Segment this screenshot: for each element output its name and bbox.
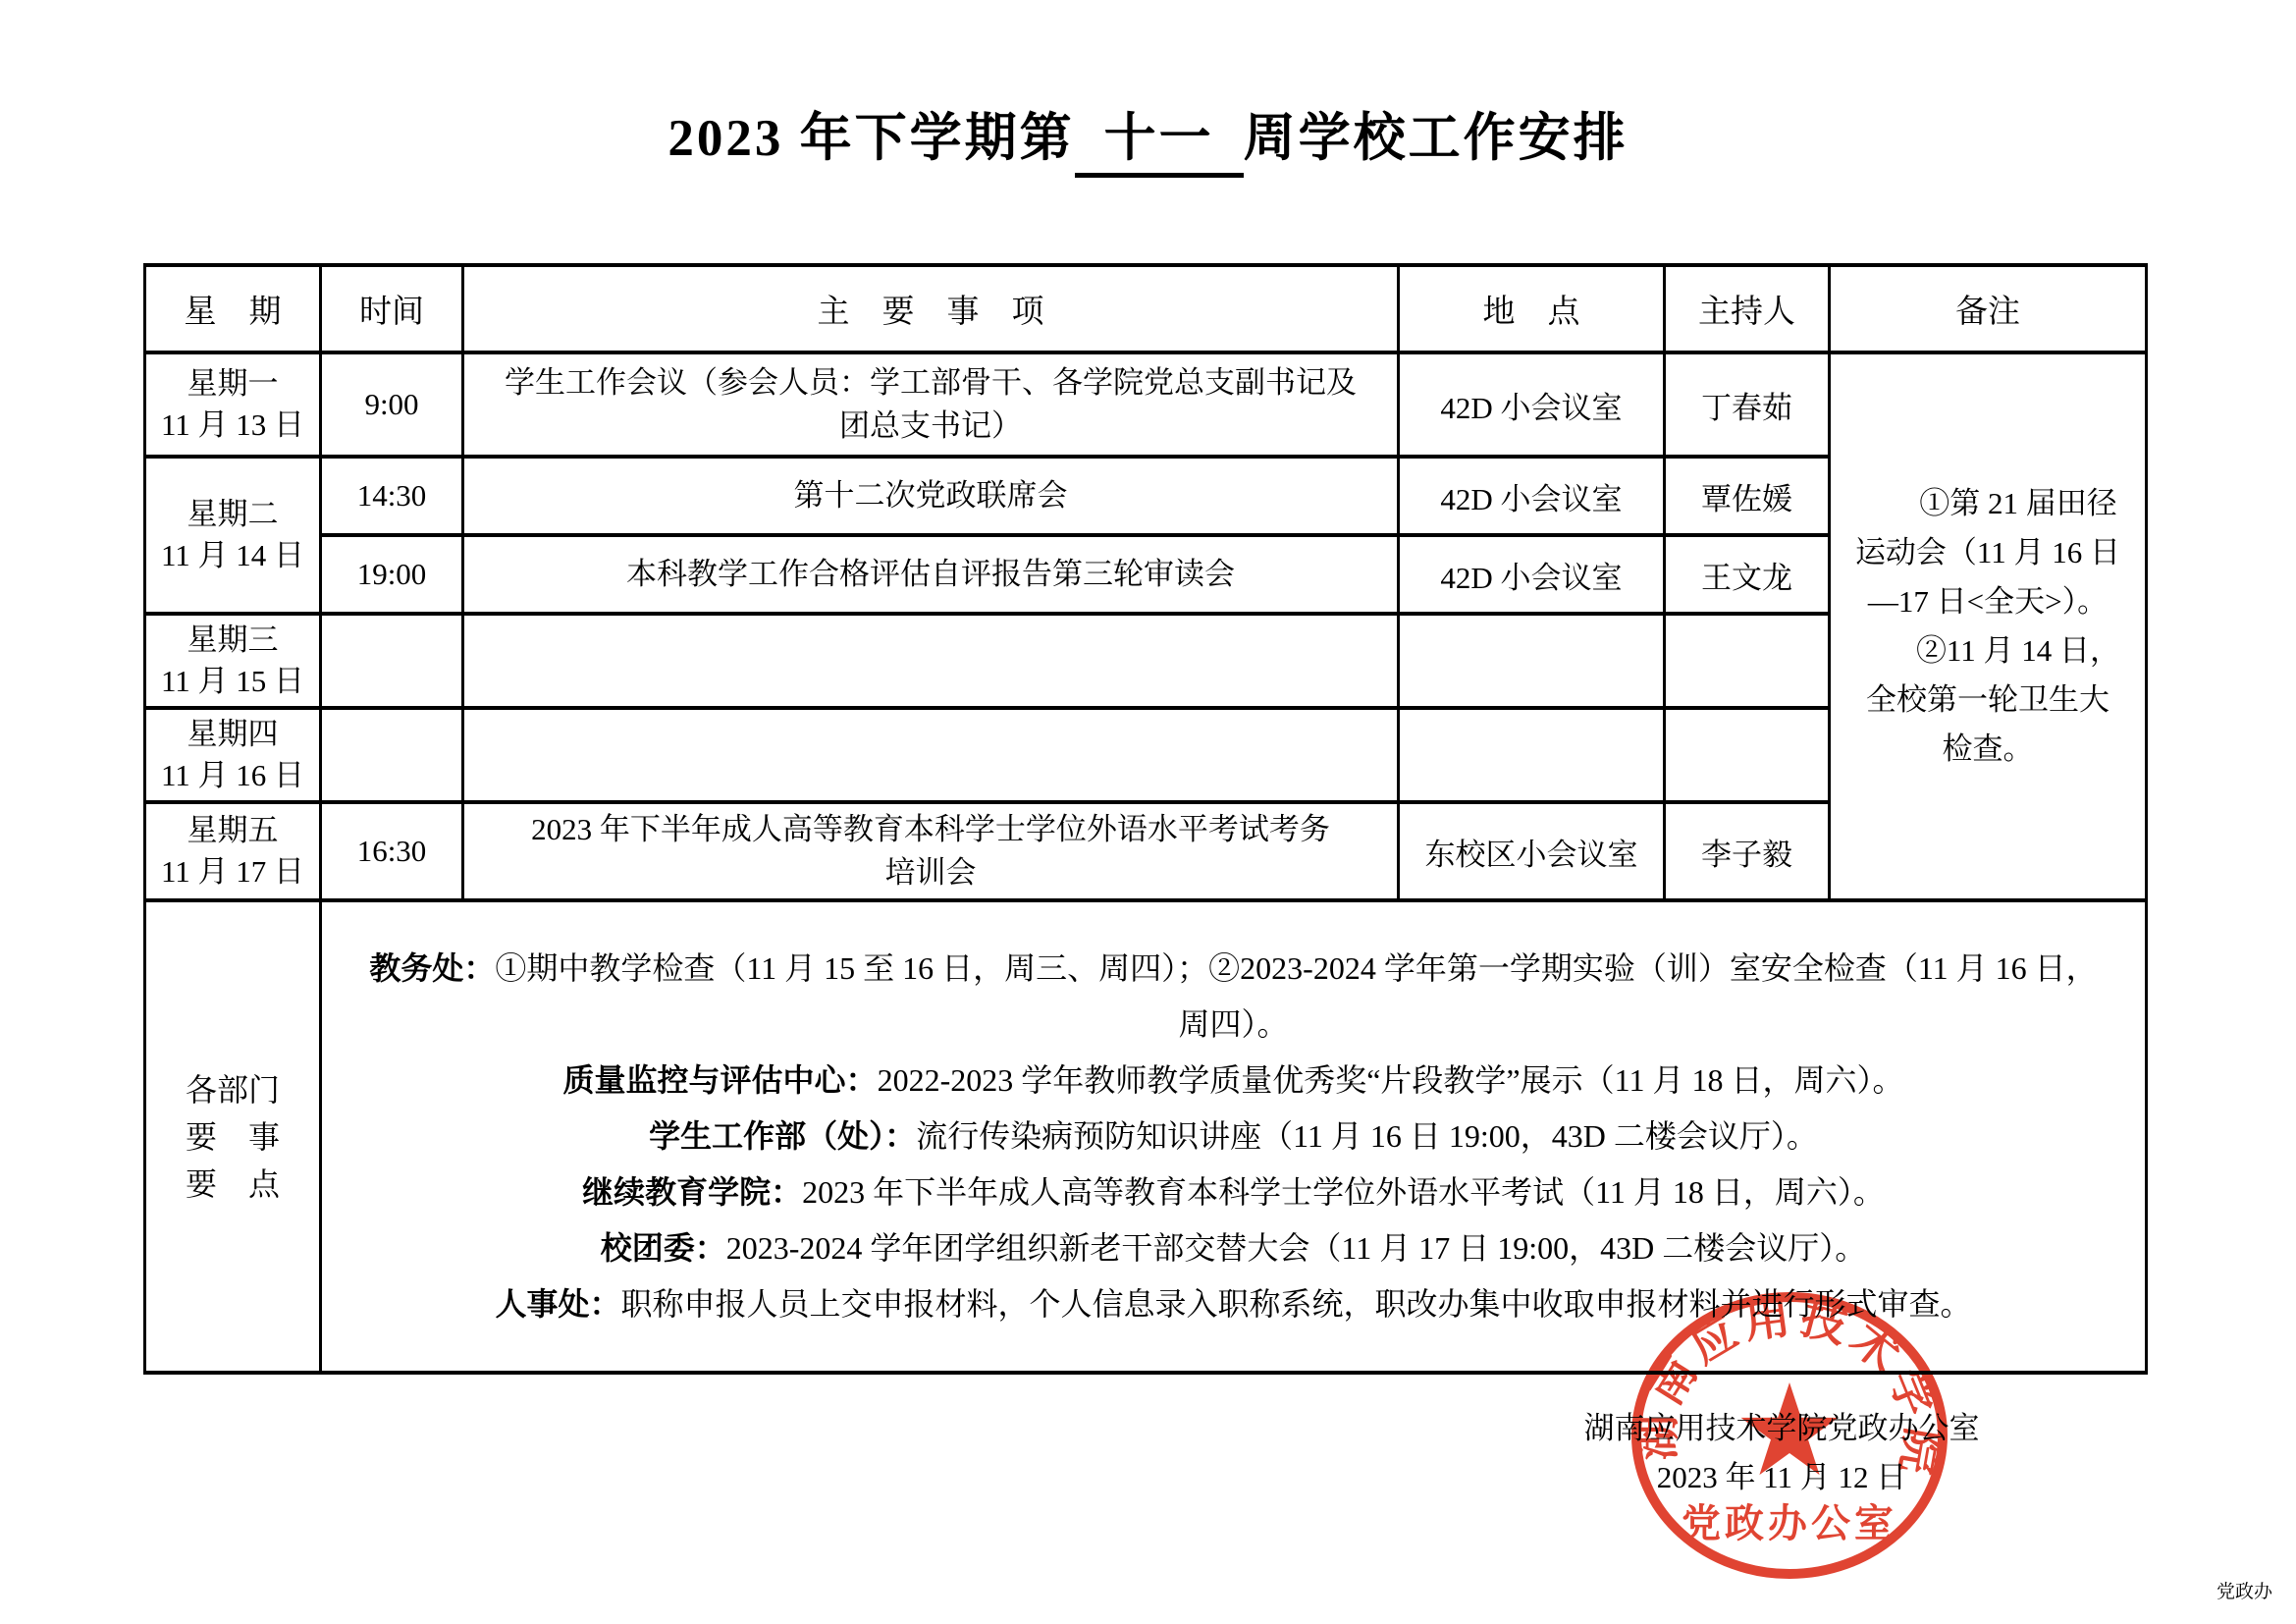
dept-name: 校团委： <box>601 1230 726 1266</box>
dept-label-line: 各部门 <box>156 1066 309 1113</box>
dept-item: 学生工作部（处）：流行传染病预防知识讲座（11 月 16 日 19:00，43D… <box>332 1109 2135 1164</box>
dept-item: 教务处：①期中教学检查（11 月 15 至 16 日，周三、周四）；②2023-… <box>332 941 2135 1053</box>
day-cell: 星期四 11 月 16 日 <box>145 708 321 802</box>
corner-note: 党政办 <box>2216 1577 2272 1603</box>
day-cell: 星期二 11 月 14 日 <box>145 457 321 614</box>
day-name: 星期四 <box>156 714 309 755</box>
item-cell: 2023 年下半年成人高等教育本科学士学位外语水平考试考务 培训会 <box>463 802 1399 900</box>
day-cell: 星期一 11 月 13 日 <box>145 352 321 457</box>
dept-section-label: 各部门 要 事 要 点 <box>145 900 321 1373</box>
title-suffix: 周学校工作安排 <box>1244 110 1629 167</box>
time-cell: 16:30 <box>321 802 463 900</box>
dept-name: 继续教育学院： <box>582 1174 802 1210</box>
header-place: 地 点 <box>1399 265 1665 352</box>
dept-name: 学生工作部（处）： <box>649 1118 916 1154</box>
dept-item: 继续教育学院：2023 年下半年成人高等教育本科学士学位外语水平考试（11 月 … <box>332 1164 2135 1220</box>
time-cell <box>321 708 463 802</box>
day-date: 11 月 14 日 <box>156 535 309 576</box>
day-cell: 星期三 11 月 15 日 <box>145 614 321 708</box>
item-cell: 学生工作会议（参会人员：学工部骨干、各学院党总支副书记及 团总支书记） <box>463 352 1399 457</box>
schedule-table: 星 期 时间 主 要 事 项 地 点 主持人 备注 星期一 11 月 13 日 … <box>143 263 2148 1375</box>
dept-name: 质量监控与评估中心： <box>563 1062 878 1098</box>
place-cell: 42D 小会议室 <box>1399 352 1665 457</box>
dept-text: ①期中教学检查（11 月 15 至 16 日，周三、周四）；②2023-2024… <box>495 950 2097 1042</box>
dept-text: 2023-2024 学年团学组织新老干部交替大会（11 月 17 日 19:00… <box>726 1230 1866 1266</box>
day-date: 11 月 13 日 <box>156 405 309 446</box>
item-cell: 第十二次党政联席会 <box>463 457 1399 535</box>
header-remark: 备注 <box>1830 265 2147 352</box>
day-name: 星期五 <box>156 810 309 851</box>
stamp-bottom-text: 党政办公室 <box>1682 1501 1897 1545</box>
place-cell <box>1399 708 1665 802</box>
day-date: 11 月 16 日 <box>156 755 309 796</box>
header-item: 主 要 事 项 <box>463 265 1399 352</box>
dept-item: 校团委：2023-2024 学年团学组织新老干部交替大会（11 月 17 日 1… <box>332 1220 2135 1276</box>
header-host: 主持人 <box>1665 265 1830 352</box>
item-cell <box>463 614 1399 708</box>
day-name: 星期一 <box>156 363 309 405</box>
dept-item: 质量监控与评估中心：2022-2023 学年教师教学质量优秀奖“片段教学”展示（… <box>332 1053 2135 1109</box>
time-cell: 19:00 <box>321 535 463 614</box>
time-cell <box>321 614 463 708</box>
host-cell <box>1665 614 1830 708</box>
time-cell: 9:00 <box>321 352 463 457</box>
remark-cell: ①第 21 届田径 运动会（11 月 16 日 —17 日<全天>）。 ②11 … <box>1830 352 2147 900</box>
day-date: 11 月 17 日 <box>156 851 309 893</box>
table-row-monday: 星期一 11 月 13 日 9:00 学生工作会议（参会人员：学工部骨干、各学院… <box>145 352 2147 457</box>
dept-text: 2022-2023 学年教师教学质量优秀奖“片段教学”展示（11 月 18 日，… <box>878 1062 1904 1098</box>
place-cell: 42D 小会议室 <box>1399 535 1665 614</box>
place-cell: 42D 小会议室 <box>1399 457 1665 535</box>
host-cell <box>1665 708 1830 802</box>
dept-label-line: 要 点 <box>156 1161 309 1208</box>
header-day: 星 期 <box>145 265 321 352</box>
host-cell: 李子毅 <box>1665 802 1830 900</box>
document-page: 2023 年下学期第十一周学校工作安排 星 期 时间 主 要 事 项 地 点 主… <box>0 0 2296 1624</box>
host-cell: 覃佐媛 <box>1665 457 1830 535</box>
item-cell: 本科教学工作合格评估自评报告第三轮审读会 <box>463 535 1399 614</box>
remark-paragraph: ②11 月 14 日， 全校第一轮卫生大 检查。 <box>1841 626 2135 774</box>
dept-name: 教务处： <box>369 950 495 986</box>
dept-name: 人事处： <box>495 1286 620 1322</box>
page-title: 2023 年下学期第十一周学校工作安排 <box>0 96 2296 178</box>
day-name: 星期二 <box>156 494 309 535</box>
header-time: 时间 <box>321 265 463 352</box>
time-cell: 14:30 <box>321 457 463 535</box>
title-week-underlined: 十一 <box>1075 96 1244 178</box>
host-cell: 丁春茹 <box>1665 352 1830 457</box>
place-cell <box>1399 614 1665 708</box>
place-cell: 东校区小会议室 <box>1399 802 1665 900</box>
dept-text: 流行传染病预防知识讲座（11 月 16 日 19:00，43D 二楼会议厅）。 <box>916 1118 1818 1154</box>
day-name: 星期三 <box>156 620 309 661</box>
item-cell <box>463 708 1399 802</box>
dept-text: 2023 年下半年成人高等教育本科学士学位外语水平考试（11 月 18 日，周六… <box>802 1174 1885 1210</box>
table-header-row: 星 期 时间 主 要 事 项 地 点 主持人 备注 <box>145 265 2147 352</box>
host-cell: 王文龙 <box>1665 535 1830 614</box>
day-cell: 星期五 11 月 17 日 <box>145 802 321 900</box>
dept-label-line: 要 事 <box>156 1113 309 1161</box>
stamp-star-icon <box>1741 1382 1839 1475</box>
official-stamp: 湖南应用技术学院 党政办公室 <box>1626 1288 1953 1585</box>
title-prefix: 2023 年下学期第 <box>667 110 1074 167</box>
remark-paragraph: ①第 21 届田径 运动会（11 月 16 日 —17 日<全天>）。 <box>1841 479 2135 626</box>
day-date: 11 月 15 日 <box>156 661 309 702</box>
